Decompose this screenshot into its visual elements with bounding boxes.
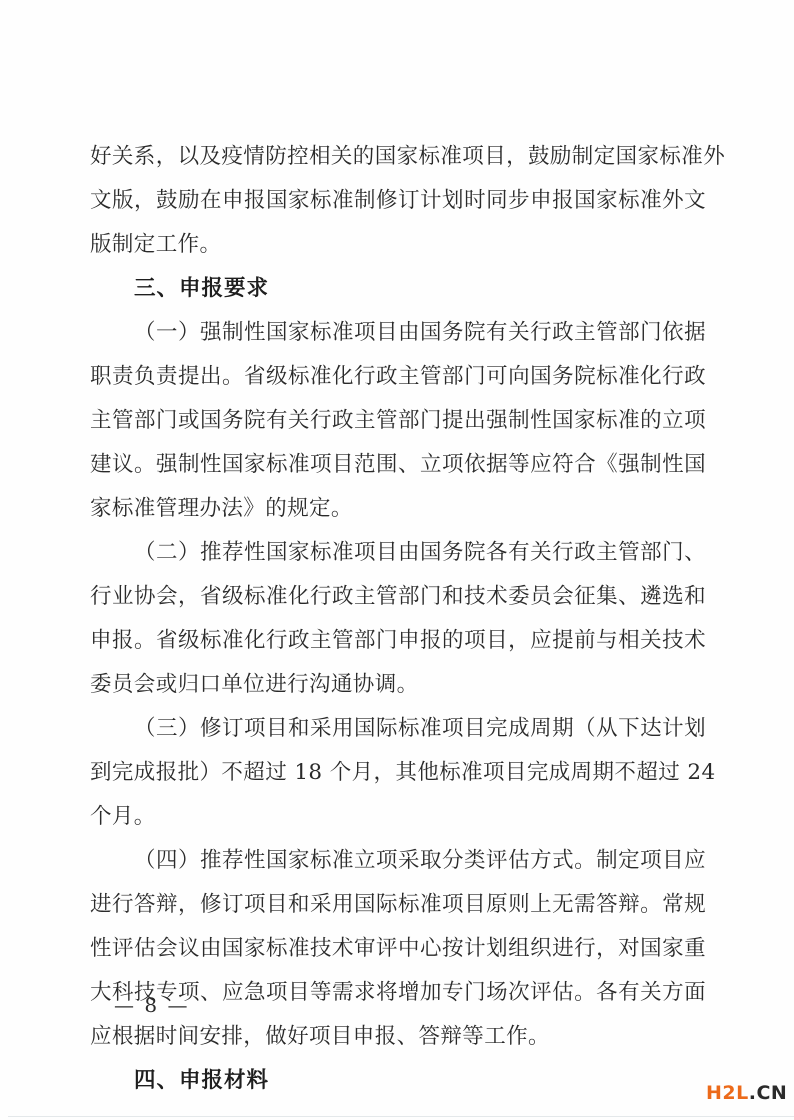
text-line: 到完成报批）不超过 18 个月，其他标准项目完成周期不超过 24 [90, 751, 706, 795]
text-line: 个月。 [90, 795, 706, 839]
paragraph-recommended-standards: （二）推荐性国家标准项目由国务院各有关行政主管部门、 行业协会，省级标准化行政主… [90, 531, 706, 707]
watermark-brand: H2L [706, 1082, 749, 1104]
watermark-tld: .CN [749, 1082, 788, 1104]
text-line: 行业协会，省级标准化行政主管部门和技术委员会征集、遴选和 [90, 575, 706, 619]
text-line: 申报。省级标准化行政主管部门申报的项目，应提前与相关技术 [90, 619, 706, 663]
document-page: 好关系，以及疫情防控相关的国家标准项目，鼓励制定国家标准外 文版，鼓励在申报国家… [0, 0, 794, 1120]
text-line: 文版，鼓励在申报国家标准制修订计划时同步申报国家标准外文 [90, 179, 706, 223]
text-line: （四）推荐性国家标准立项采取分类评估方式。制定项目应 [90, 839, 706, 883]
section-heading-materials: 四、申报材料 [90, 1059, 706, 1103]
text-line: 建议。强制性国家标准项目范围、立项依据等应符合《强制性国 [90, 443, 706, 487]
site-watermark-logo: H2L.CN [706, 1082, 787, 1104]
text-line: 好关系，以及疫情防控相关的国家标准项目，鼓励制定国家标准外 [90, 135, 706, 179]
text-line: （一）强制性国家标准项目由国务院有关行政主管部门依据 [90, 311, 706, 355]
text-line: 进行答辩，修订项目和采用国际标准项目原则上无需答辩。常规 [90, 883, 706, 927]
text-line: 应根据时间安排，做好项目申报、答辩等工作。 [90, 1015, 706, 1059]
text-line: 性评估会议由国家标准技术审评中心按计划组织进行，对国家重 [90, 927, 706, 971]
paragraph-mandatory-standards: （一）强制性国家标准项目由国务院有关行政主管部门依据 职责负责提出。省级标准化行… [90, 311, 706, 531]
document-body: 好关系，以及疫情防控相关的国家标准项目，鼓励制定国家标准外 文版，鼓励在申报国家… [90, 135, 706, 1103]
text-line: 家标准管理办法》的规定。 [90, 487, 706, 531]
paragraph-continuation: 好关系，以及疫情防控相关的国家标准项目，鼓励制定国家标准外 文版，鼓励在申报国家… [90, 135, 706, 267]
text-line: 版制定工作。 [90, 223, 706, 267]
text-line: （三）修订项目和采用国际标准项目完成周期（从下达计划 [90, 707, 706, 751]
text-line: （二）推荐性国家标准项目由国务院各有关行政主管部门、 [90, 531, 706, 575]
text-line: 职责负责提出。省级标准化行政主管部门可向国务院标准化行政 [90, 355, 706, 399]
page-number: — 8 — [114, 993, 189, 1017]
text-line: 委员会或归口单位进行沟通协调。 [90, 663, 706, 707]
section-heading-requirements: 三、申报要求 [90, 267, 706, 311]
paragraph-completion-period: （三）修订项目和采用国际标准项目完成周期（从下达计划 到完成报批）不超过 18 … [90, 707, 706, 839]
paragraph-evaluation-method: （四）推荐性国家标准立项采取分类评估方式。制定项目应 进行答辩，修订项目和采用国… [90, 839, 706, 1059]
page-bottom-divider [8, 1116, 794, 1117]
text-line: 主管部门或国务院有关行政主管部门提出强制性国家标准的立项 [90, 399, 706, 443]
